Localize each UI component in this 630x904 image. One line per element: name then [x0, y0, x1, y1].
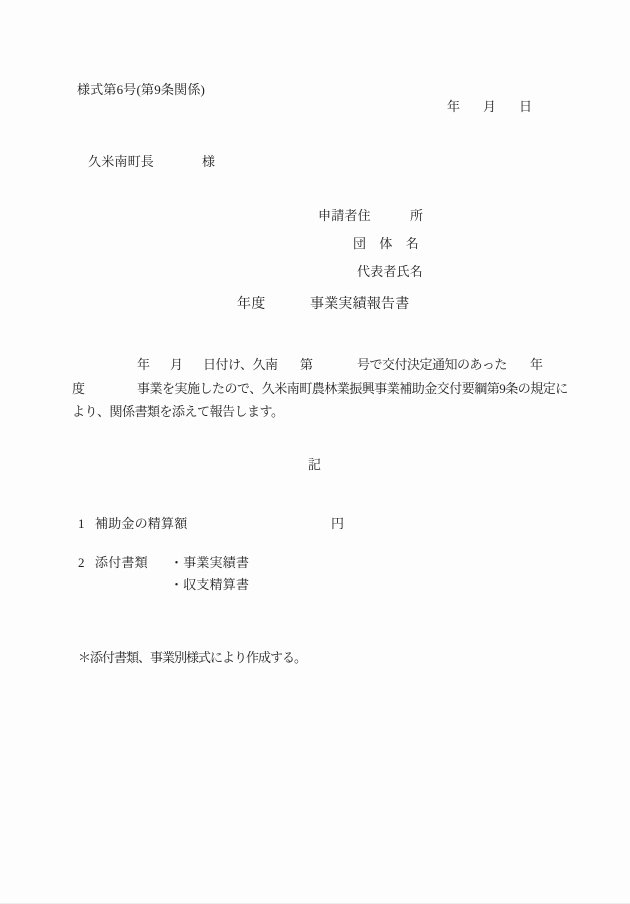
- addressee-title: 久米南町長: [88, 154, 154, 169]
- date-month-label: 月: [483, 99, 496, 114]
- item1-unit-yen: 円: [331, 516, 344, 531]
- body-line1-year-end: 年: [530, 357, 543, 372]
- report-title: 事業実績報告書: [310, 297, 409, 312]
- item2-label: 添付書類: [95, 555, 148, 570]
- item2-attachment-2: ・収支精算書: [170, 577, 249, 592]
- date-day-label: 日: [519, 99, 532, 114]
- body-line3-closing-text: より、関係書類を添えて報告します。: [72, 404, 283, 419]
- body-line1-year: 年: [137, 357, 150, 372]
- applicant-address-label-suffix: 所: [410, 208, 423, 223]
- body-line1-month: 月: [170, 357, 183, 372]
- form-number: 様式第6号(第9条関係): [77, 82, 205, 97]
- document-page: 様式第6号(第9条関係) 年 月 日 久米南町長 様 申請者住 所 団 体 名 …: [0, 0, 630, 904]
- addressee-honorific: 様: [202, 154, 215, 169]
- body-line1-notice-text: 号で交付決定通知のあった: [357, 357, 507, 372]
- applicant-representative-label: 代表者氏名: [357, 264, 423, 279]
- body-line2-do: 度: [72, 381, 85, 396]
- item1-number: 1: [78, 516, 85, 531]
- date-year-label: 年: [447, 99, 460, 114]
- item2-number: 2: [78, 555, 85, 570]
- body-line2-regulation-text: 事業を実施したので、久米南町農林業振興事業補助金交付要綱第9条の規定に: [137, 381, 568, 396]
- record-marker: 記: [308, 457, 321, 472]
- item1-label: 補助金の精算額: [95, 516, 187, 531]
- report-title-fiscal-year: 年度: [237, 297, 265, 312]
- footnote: ＊添付書類、事業別様式により作成する。: [78, 650, 306, 665]
- applicant-organization-label: 団 体 名: [353, 236, 419, 251]
- body-line1-number-prefix: 第: [300, 357, 313, 372]
- applicant-address-label: 申請者住: [318, 208, 371, 223]
- body-line1-date-notice: 日付け、久南: [203, 357, 277, 372]
- item2-attachment-1: ・事業実績書: [170, 555, 249, 570]
